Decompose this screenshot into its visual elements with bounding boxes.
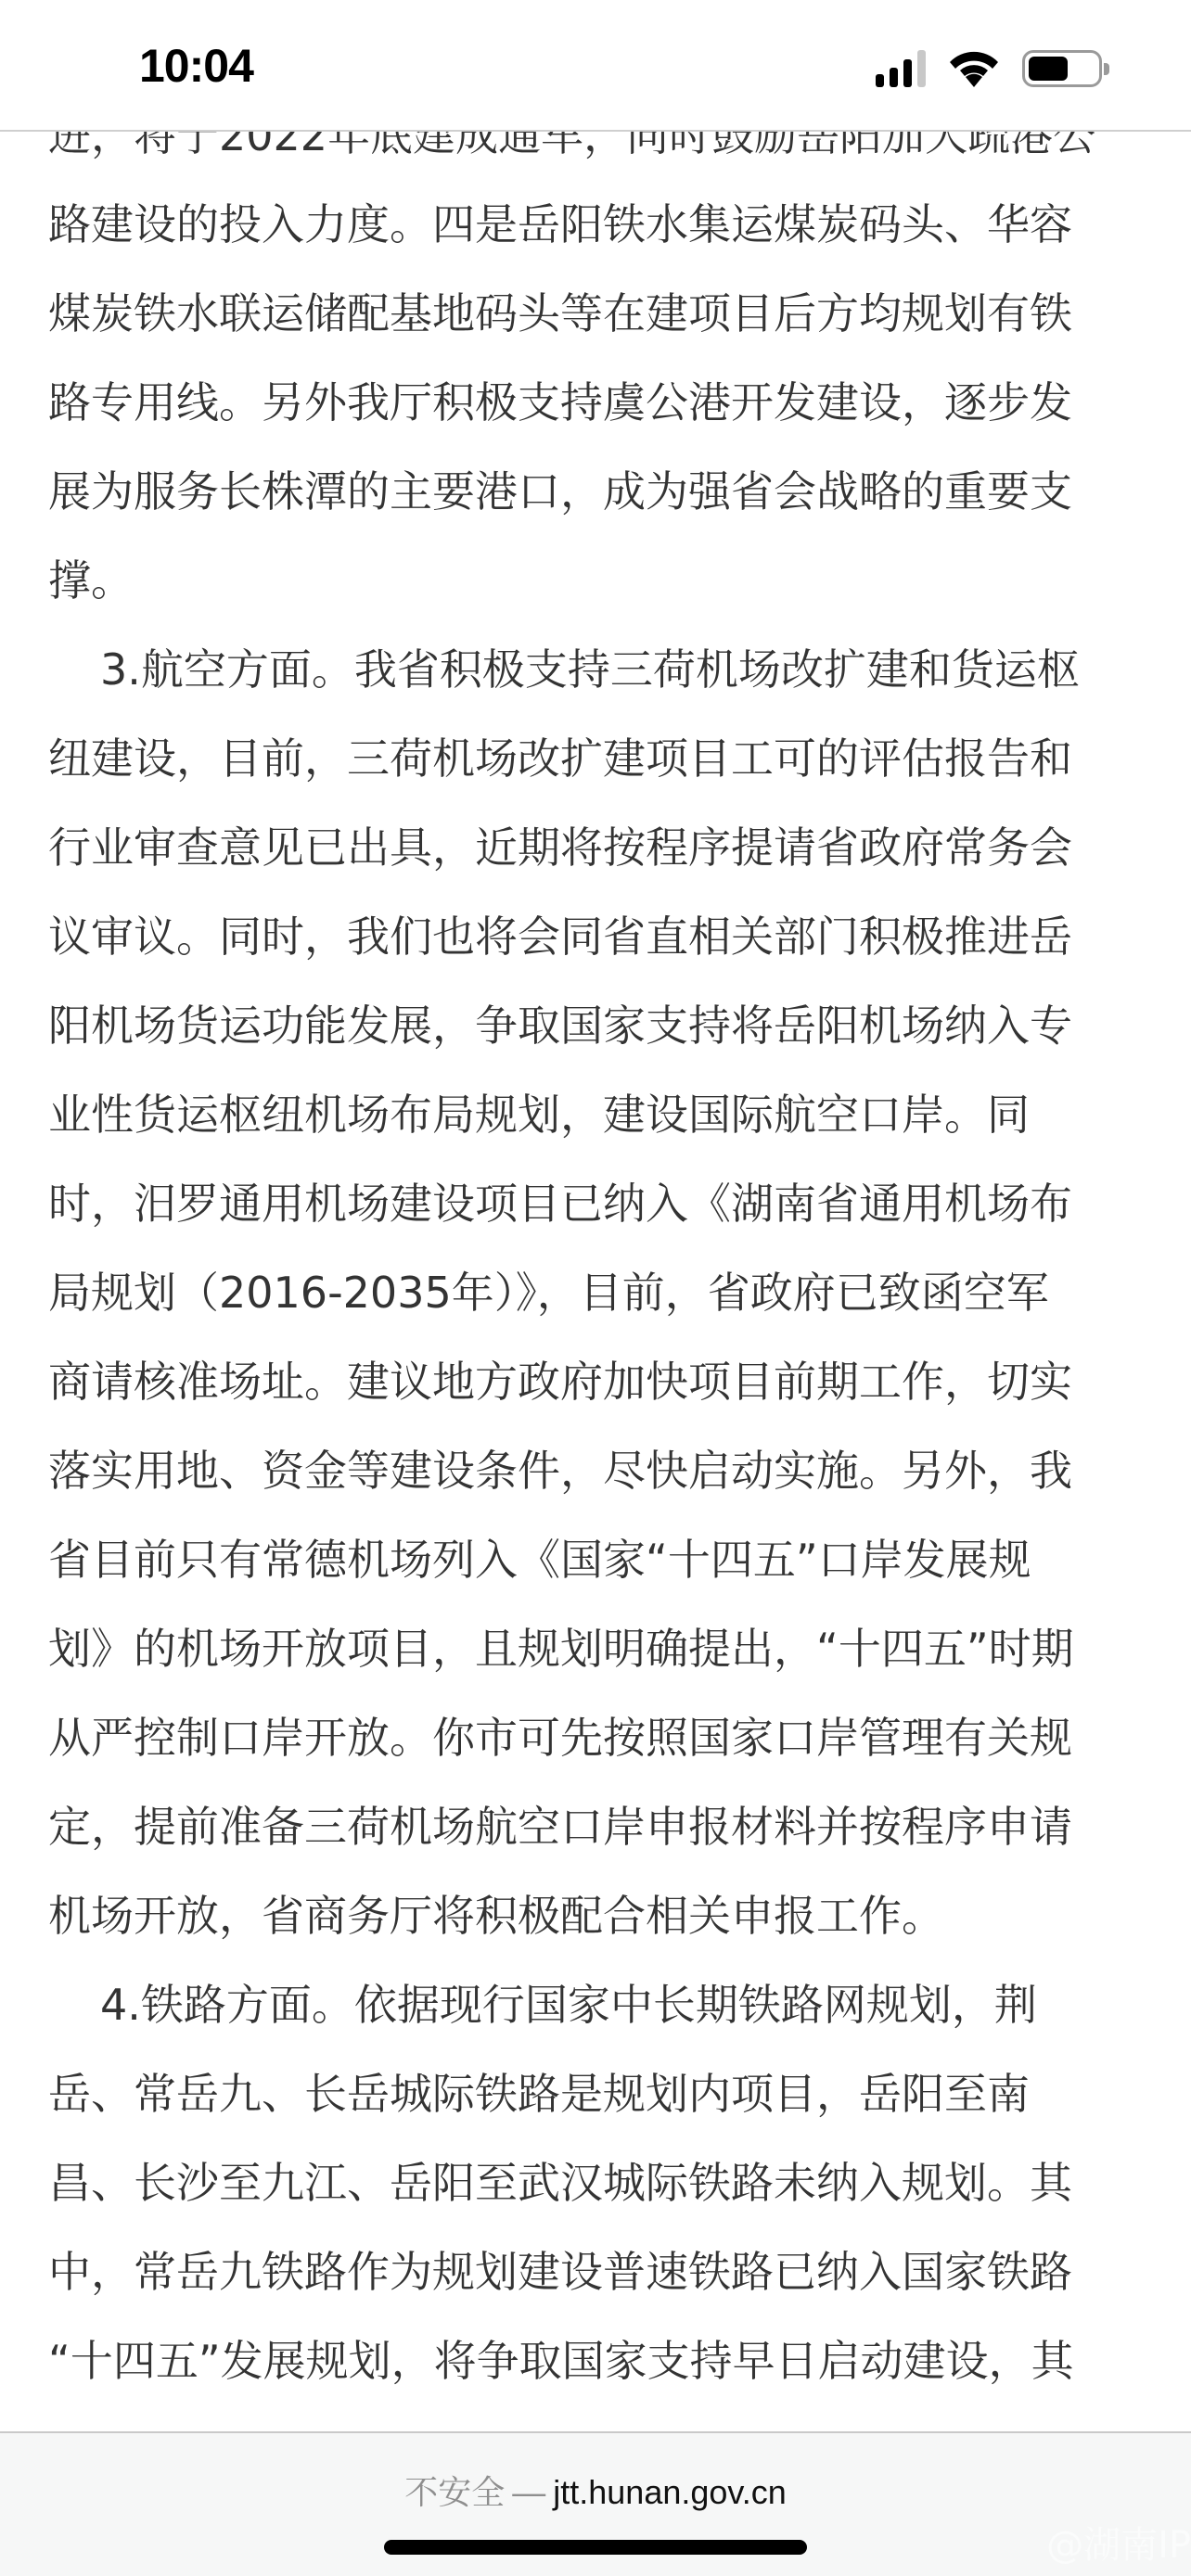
text-line: 定，提前准备三荷机场航空口岸申报材料并按程序申请 (48, 1782, 1161, 1871)
text-line: 省目前只有常德机场列入《国家“十四五”口岸发展规 (48, 1515, 1161, 1604)
text-line: 阳机场货运功能发展，争取国家支持将岳阳机场纳入专 (48, 981, 1161, 1070)
security-warning-label: 不安全 (404, 2473, 505, 2511)
text-line: 3.航空方面。我省积极支持三荷机场改扩建和货运枢 (48, 625, 1161, 714)
wifi-icon (946, 48, 1002, 89)
text-line: 纽建设，目前，三荷机场改扩建项目工可的评估报告和 (48, 714, 1161, 803)
text-line: 商请核准场址。建议地方政府加快项目前期工作，切实 (48, 1337, 1161, 1426)
battery-icon (1022, 50, 1102, 87)
browser-address-bar[interactable]: 不安全—jtt.hunan.gov.cn @湖南IP (0, 2431, 1191, 2576)
cellular-signal-icon (876, 50, 926, 87)
url-domain: jtt.hunan.gov.cn (553, 2473, 787, 2511)
text-line: 议审议。同时，我们也将会同省直相关部门积极推进岳 (48, 892, 1161, 981)
text-line: 昌、长沙至九江、岳阳至武汉城际铁路未纳入规划。其 (48, 2138, 1161, 2227)
text-line: 从严控制口岸开放。你市可先按照国家口岸管理有关规 (48, 1693, 1161, 1782)
text-line: 岳、常岳九、长岳城际铁路是规划内项目，岳阳至南 (48, 2049, 1161, 2138)
text-line: 路建设的投入力度。四是岳阳铁水集运煤炭码头、华容 (48, 180, 1161, 269)
paragraph-ports: 进，将于2022年底建成通车，同时鼓励岳阳加大疏港公 路建设的投入力度。四是岳阳… (48, 91, 1161, 625)
text-line: 4.铁路方面。依据现行国家中长期铁路网规划，荆 (48, 1960, 1161, 2049)
text-line: “十四五”发展规划，将争取国家支持早日启动建设，其 (48, 2316, 1161, 2405)
paragraph-railway: 4.铁路方面。依据现行国家中长期铁路网规划，荆 岳、常岳九、长岳城际铁路是规划内… (48, 1960, 1161, 2405)
text-line: 机场开放，省商务厅将积极配合相关申报工作。 (48, 1871, 1161, 1960)
text-line: 路专用线。另外我厅积极支持虞公港开发建设，逐步发 (48, 358, 1161, 447)
text-line: 中，常岳九铁路作为规划建设普速铁路已纳入国家铁路 (48, 2227, 1161, 2316)
text-line: 撑。 (48, 536, 1161, 625)
text-line: 行业审查意见已出具，近期将按程序提请省政府常务会 (48, 803, 1161, 892)
url-display[interactable]: 不安全—jtt.hunan.gov.cn (0, 2467, 1191, 2514)
status-bar: 10:04 (0, 0, 1191, 132)
status-time: 10:04 (139, 39, 253, 93)
url-separator: — (512, 2473, 545, 2511)
text-line: 划》的机场开放项目，且规划明确提出，“十四五”时期 (48, 1604, 1161, 1693)
article-body: 进，将于2022年底建成通车，同时鼓励岳阳加大疏港公 路建设的投入力度。四是岳阳… (48, 91, 1161, 2405)
paragraph-aviation: 3.航空方面。我省积极支持三荷机场改扩建和货运枢 纽建设，目前，三荷机场改扩建项… (48, 625, 1161, 1960)
text-line: 局规划（2016-2035年）》，目前，省政府已致函空军 (48, 1248, 1161, 1337)
text-line: 展为服务长株潭的主要港口，成为强省会战略的重要支 (48, 447, 1161, 536)
home-indicator[interactable] (384, 2540, 807, 2555)
text-line: 业性货运枢纽机场布局规划，建设国际航空口岸。同 (48, 1070, 1161, 1159)
text-line: 时，汨罗通用机场建设项目已纳入《湖南省通用机场布 (48, 1159, 1161, 1248)
text-line: 落实用地、资金等建设条件，尽快启动实施。另外，我 (48, 1426, 1161, 1515)
watermark: @湖南IP (1046, 2516, 1191, 2569)
text-line: 煤炭铁水联运储配基地码头等在建项目后方均规划有铁 (48, 269, 1161, 358)
status-icons (876, 48, 1102, 89)
